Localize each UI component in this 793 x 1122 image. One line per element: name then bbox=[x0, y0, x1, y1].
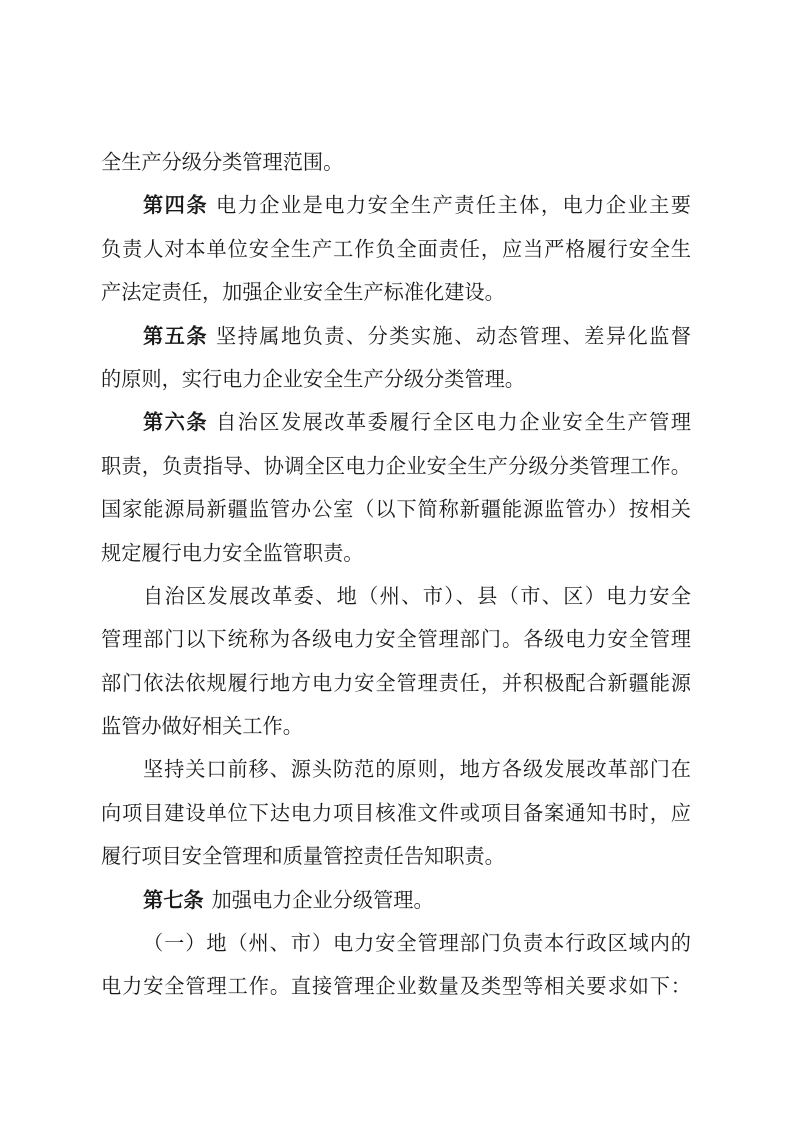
text-line: 监管办做好相关工作。 bbox=[101, 705, 691, 748]
clause-1-line: （一）地（州、市）电力安全管理部门负责本行政区域内的 bbox=[101, 922, 691, 965]
line-text: 电力安全管理工作。直接管理企业数量及类型等相关要求如下： bbox=[101, 974, 691, 998]
line-text: 向项目建设单位下达电力项目核准文件或项目备案通知书时，应 bbox=[101, 801, 691, 825]
line-text: 加强电力企业分级管理。 bbox=[212, 888, 434, 912]
article-6-line: 第六条自治区发展改革委履行全区电力企业安全生产管理 bbox=[101, 401, 691, 444]
article-heading: 第四条 bbox=[143, 193, 208, 217]
line-text: 的原则，实行电力企业安全生产分级分类管理。 bbox=[101, 367, 525, 391]
text-line: 全生产分级分类管理范围。 bbox=[101, 141, 691, 184]
line-text: 部门依法依规履行地方电力安全管理责任，并积极配合新疆能源 bbox=[101, 671, 691, 695]
text-line: 负责人对本单位安全生产工作负全面责任，应当严格履行安全生 bbox=[101, 228, 691, 271]
line-text: 坚持属地负责、分类实施、动态管理、差异化监督 bbox=[216, 324, 691, 348]
document-page: 全生产分级分类管理范围。 第四条电力企业是电力安全生产责任主体，电力企业主要 负… bbox=[101, 141, 691, 1009]
article-heading: 第五条 bbox=[143, 324, 208, 348]
article-5-line: 第五条坚持属地负责、分类实施、动态管理、差异化监督 bbox=[101, 315, 691, 358]
line-text: 产法定责任，加强企业安全生产标准化建设。 bbox=[101, 280, 505, 304]
text-line: 部门依法依规履行地方电力安全管理责任，并积极配合新疆能源 bbox=[101, 662, 691, 705]
line-text: 全生产分级分类管理范围。 bbox=[101, 150, 343, 174]
text-line: 管理部门以下统称为各级电力安全管理部门。各级电力安全管理 bbox=[101, 618, 691, 661]
text-line: 产法定责任，加强企业安全生产标准化建设。 bbox=[101, 271, 691, 314]
line-text: 电力企业是电力安全生产责任主体，电力企业主要 bbox=[216, 193, 691, 217]
line-text: 负责人对本单位安全生产工作负全面责任，应当严格履行安全生 bbox=[101, 237, 691, 261]
line-text: 职责，负责指导、协调全区电力企业安全生产分级分类管理工作。 bbox=[101, 454, 691, 478]
article-4-line: 第四条电力企业是电力安全生产责任主体，电力企业主要 bbox=[101, 184, 691, 227]
line-text: 坚持关口前移、源头防范的原则，地方各级发展改革部门在 bbox=[143, 757, 691, 781]
article-heading: 第七条 bbox=[143, 888, 204, 912]
line-text: 履行项目安全管理和质量管控责任告知职责。 bbox=[101, 844, 505, 868]
text-line: 国家能源局新疆监管办公室（以下简称新疆能源监管办）按相关 bbox=[101, 488, 691, 531]
paragraph-start-line: 坚持关口前移、源头防范的原则，地方各级发展改革部门在 bbox=[101, 748, 691, 791]
text-line: 履行项目安全管理和质量管控责任告知职责。 bbox=[101, 835, 691, 878]
paragraph-start-line: 自治区发展改革委、地（州、市）、县（市、区）电力安全 bbox=[101, 575, 691, 618]
article-7-line: 第七条加强电力企业分级管理。 bbox=[101, 879, 691, 922]
line-text: （一）地（州、市）电力安全管理部门负责本行政区域内的 bbox=[143, 931, 691, 955]
text-line: 规定履行电力安全监管职责。 bbox=[101, 532, 691, 575]
line-text: 监管办做好相关工作。 bbox=[101, 714, 303, 738]
line-text: 管理部门以下统称为各级电力安全管理部门。各级电力安全管理 bbox=[101, 627, 691, 651]
text-line: 的原则，实行电力企业安全生产分级分类管理。 bbox=[101, 358, 691, 401]
line-text: 自治区发展改革委、地（州、市）、县（市、区）电力安全 bbox=[143, 584, 691, 608]
text-line: 向项目建设单位下达电力项目核准文件或项目备案通知书时，应 bbox=[101, 792, 691, 835]
article-heading: 第六条 bbox=[143, 410, 208, 434]
line-text: 国家能源局新疆监管办公室（以下简称新疆能源监管办）按相关 bbox=[101, 497, 691, 521]
line-text: 自治区发展改革委履行全区电力企业安全生产管理 bbox=[216, 410, 691, 434]
line-text: 规定履行电力安全监管职责。 bbox=[101, 541, 363, 565]
text-line: 职责，负责指导、协调全区电力企业安全生产分级分类管理工作。 bbox=[101, 445, 691, 488]
text-line: 电力安全管理工作。直接管理企业数量及类型等相关要求如下： bbox=[101, 965, 691, 1008]
